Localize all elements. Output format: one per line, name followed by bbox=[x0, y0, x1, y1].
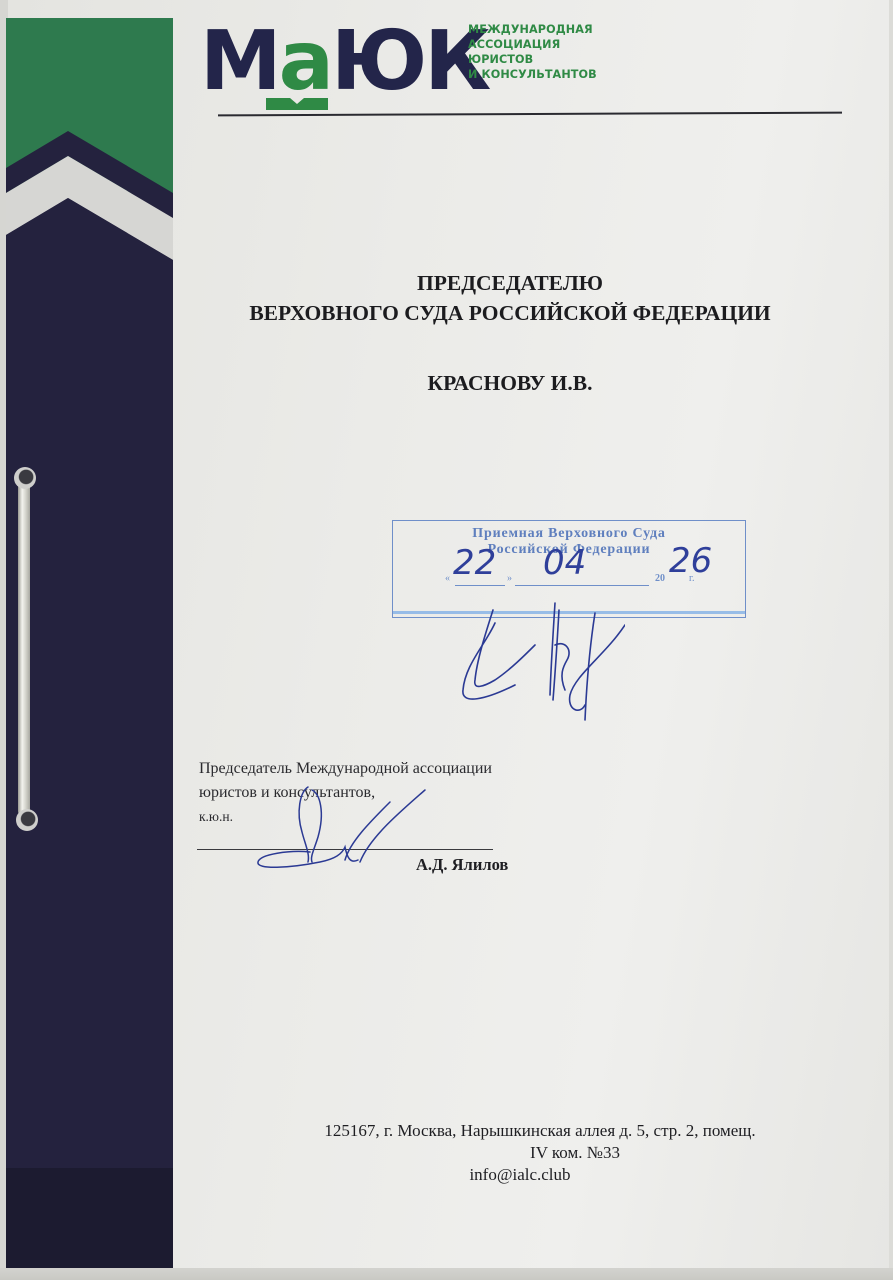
logo-wordmark: МаЮК bbox=[200, 22, 488, 102]
stamp-month-line bbox=[515, 585, 649, 586]
stamp-century: 20 bbox=[655, 573, 665, 584]
addressee-title: ПРЕДСЕДАТЕЛЮ bbox=[190, 268, 830, 298]
stamp-title: Приемная Верховного Суда bbox=[393, 526, 745, 542]
decorative-sidebar-band bbox=[6, 18, 173, 1270]
binding-thread bbox=[18, 482, 30, 817]
footer-email[interactable]: info@ialc.club bbox=[230, 1164, 810, 1186]
footer-contacts: 125167, г. Москва, Нарышкинская аллея д.… bbox=[270, 1120, 810, 1186]
binding-hole bbox=[14, 467, 36, 489]
addressee-name: КРАСНОВУ И.В. bbox=[190, 368, 830, 398]
addressee-court: ВЕРХОВНОГО СУДА РОССИЙСКОЙ ФЕДЕРАЦИИ bbox=[190, 298, 830, 328]
binding-hole bbox=[16, 809, 38, 831]
signer-signature bbox=[250, 782, 430, 872]
stamp-open-quote: « bbox=[445, 573, 450, 584]
stamp-close-quote: » bbox=[507, 573, 512, 584]
footer-address: 125167, г. Москва, Нарышкинская аллея д.… bbox=[270, 1120, 810, 1142]
handwritten-month: 04 bbox=[543, 543, 586, 583]
footer-room: IV ком. №33 bbox=[270, 1142, 810, 1164]
logo-tagline: МЕЖДУНАРОДНАЯ АССОЦИАЦИЯ ЮРИСТОВ И КОНСУ… bbox=[468, 22, 597, 82]
open-book-icon bbox=[266, 98, 328, 110]
handwritten-day: 22 bbox=[453, 543, 496, 583]
signer-name: А.Д. Ялилов bbox=[416, 855, 508, 875]
stamp-day-line bbox=[455, 585, 505, 586]
receiver-signature bbox=[455, 595, 625, 725]
page-edge bbox=[889, 0, 893, 1280]
signer-position: Председатель Международной ассоциации bbox=[199, 757, 492, 781]
header-divider bbox=[218, 112, 842, 117]
addressee-block: ПРЕДСЕДАТЕЛЮ ВЕРХОВНОГО СУДА РОССИЙСКОЙ … bbox=[190, 268, 830, 398]
handwritten-year: 26 bbox=[669, 541, 712, 581]
page-edge bbox=[0, 1268, 893, 1280]
